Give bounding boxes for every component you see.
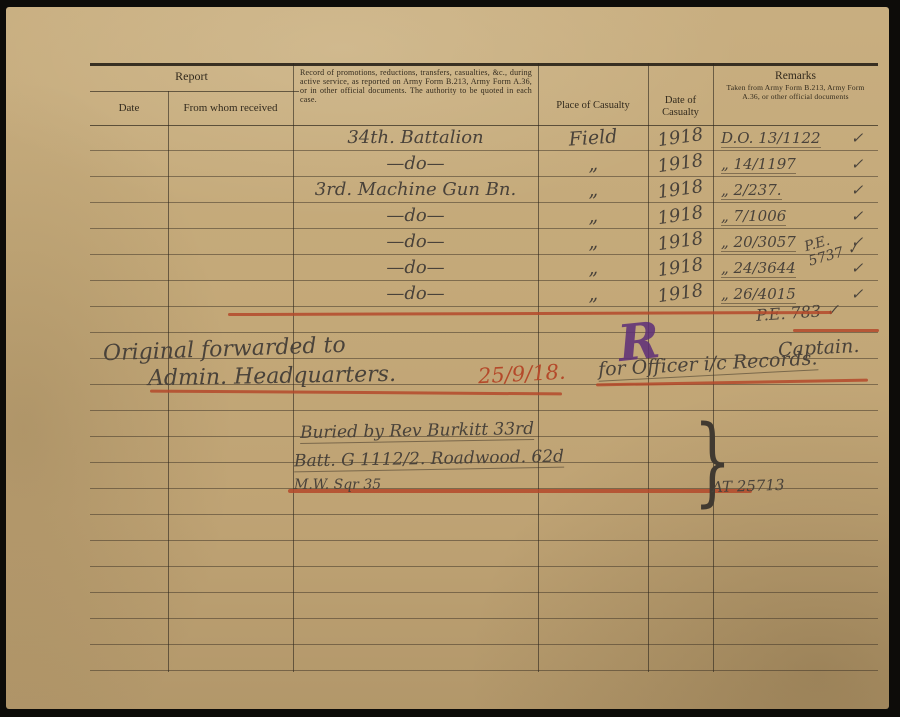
- report-underline: [90, 91, 299, 92]
- remark-cell: „ 14/1197: [717, 151, 851, 177]
- record-cell: —do—: [293, 255, 538, 281]
- forward-date: 25/9/18.: [477, 360, 566, 389]
- table-row: 34th. Battalion Field 1918 D.O. 13/1122 …: [90, 125, 878, 151]
- scanned-document: Report Date From whom received Record of…: [0, 0, 900, 717]
- paper-sheet: Report Date From whom received Record of…: [6, 7, 889, 709]
- table-row: —do— „ 1918 „ 26/4015 ✓: [90, 281, 878, 307]
- record-cell: 34th. Battalion: [293, 125, 538, 151]
- burial-note-line1: Buried by Rev Burkitt 33rd: [300, 419, 534, 444]
- remarks-column-header: Remarks: [713, 70, 878, 82]
- checkmark: ✓: [842, 125, 872, 151]
- table-row: —do— „ 1918 „ 7/1006 ✓: [90, 203, 878, 229]
- checkmark: ✓: [842, 151, 872, 177]
- record-column-header: Record of promotions, reductions, transf…: [300, 68, 532, 104]
- report-header: Report: [90, 69, 293, 84]
- date-column-header: Date: [90, 102, 168, 114]
- place-of-casualty-cell: „: [537, 277, 649, 311]
- casualty-date-cell: 1918: [647, 277, 715, 312]
- grouping-brace: }: [694, 405, 732, 517]
- casualty-date-header-line2: Casualty: [648, 107, 713, 118]
- burial-note-line3: M.W. Sqr 35: [294, 477, 381, 493]
- record-cell: —do—: [293, 281, 538, 307]
- entry-rows: 34th. Battalion Field 1918 D.O. 13/1122 …: [90, 125, 878, 307]
- table-row: —do— „ 1918 „ 20/3057 ✓: [90, 229, 878, 255]
- table-row: —do— „ 1918 „ 24/3644 ✓: [90, 255, 878, 281]
- from-whom-column-header: From whom received: [168, 102, 293, 114]
- forwarded-note-line2: Admin. Headquarters.: [148, 362, 396, 391]
- red-underline-captain: [793, 329, 879, 332]
- casualty-date-header-line1: Date of: [648, 95, 713, 106]
- record-cell: —do—: [293, 151, 538, 177]
- checkmark: ✓: [842, 281, 872, 307]
- record-cell: 3rd. Machine Gun Bn.: [293, 177, 538, 203]
- record-cell: —do—: [293, 229, 538, 255]
- at-reference: AT 25713: [712, 476, 785, 497]
- remark-cell: D.O. 13/1122: [717, 125, 851, 151]
- place-column-header: Place of Casualty: [538, 100, 648, 111]
- checkmark: ✓: [842, 177, 872, 203]
- remark-cell: „ 2/237.: [717, 177, 851, 203]
- checkmark: ✓: [842, 203, 872, 229]
- remarks-column-subheader: Taken from Army Form B.213, Army Form A.…: [723, 84, 868, 101]
- table-row: 3rd. Machine Gun Bn. „ 1918 „ 2/237. ✓: [90, 177, 878, 203]
- table-row: —do— „ 1918 „ 14/1197 ✓: [90, 151, 878, 177]
- remark-cell: „ 7/1006: [717, 203, 851, 229]
- table-top-border: [90, 63, 878, 66]
- record-cell: —do—: [293, 203, 538, 229]
